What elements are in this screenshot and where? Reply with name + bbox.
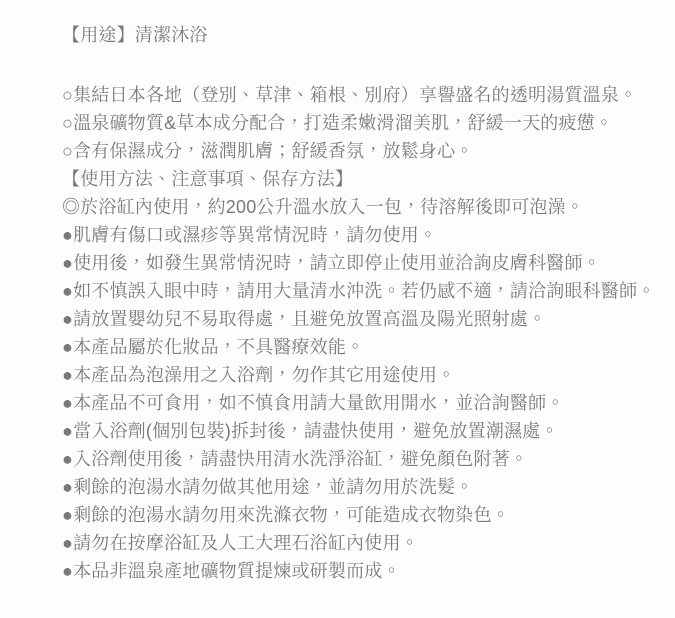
feature-line: ○集結日本各地（登別、草津、箱根、別府）享譽盛名的透明湯質溫泉。 <box>62 81 661 109</box>
instruction-line: ●本產品不可食用，如不慎食用請大量飲用開水，並洽詢醫師。 <box>62 389 661 417</box>
feature-line: ○溫泉礦物質&草本成分配合，打造柔嫩滑溜美肌，舒緩一天的疲憊。 <box>62 109 661 137</box>
instruction-line: ●本品非溫泉產地礦物質提煉或研製而成。 <box>62 557 661 585</box>
instruction-line: ●剩餘的泡湯水請勿用來洗滌衣物，可能造成衣物染色。 <box>62 501 661 529</box>
instruction-list: ◎於浴缸內使用，約200公升溫水放入一包，待溶解後即可泡澡。 ●肌膚有傷口或濕疹… <box>62 193 661 585</box>
instruction-line: ◎於浴缸內使用，約200公升溫水放入一包，待溶解後即可泡澡。 <box>62 193 661 221</box>
instruction-line: ●如不慎誤入眼中時，請用大量清水沖洗。若仍感不適，請洽詢眼科醫師。 <box>62 277 661 305</box>
instruction-line: ●請勿在按摩浴缸及人工大理石浴缸內使用。 <box>62 529 661 557</box>
feature-line: ○含有保濕成分，滋潤肌膚；舒緩香氛，放鬆身心。 <box>62 137 661 165</box>
product-description-page: 【用途】清潔沐浴 ○集結日本各地（登別、草津、箱根、別府）享譽盛名的透明湯質溫泉… <box>0 0 675 618</box>
instruction-line: ●肌膚有傷口或濕疹等異常情況時，請勿使用。 <box>62 221 661 249</box>
instructions-section-title: 【使用方法、注意事項、保存方法】 <box>62 165 661 193</box>
instruction-line: ●當入浴劑(個別包裝)拆封後，請盡快使用，避免放置潮濕處。 <box>62 417 661 445</box>
instruction-line: ●使用後，如發生異常情況時，請立即停止使用並洽詢皮膚科醫師。 <box>62 249 661 277</box>
instruction-line: ●剩餘的泡湯水請勿做其他用途，並請勿用於洗髮。 <box>62 473 661 501</box>
instruction-line: ●本產品為泡澡用之入浴劑，勿作其它用途使用。 <box>62 361 661 389</box>
instruction-line: ●入浴劑使用後，請盡快用清水洗淨浴缸，避免顏色附著。 <box>62 445 661 473</box>
instruction-line: ●請放置嬰幼兒不易取得處，且避免放置高溫及陽光照射處。 <box>62 305 661 333</box>
instruction-line: ●本產品屬於化妝品，不具醫療效能。 <box>62 333 661 361</box>
usage-section-title: 【用途】清潔沐浴 <box>62 21 661 49</box>
feature-list: ○集結日本各地（登別、草津、箱根、別府）享譽盛名的透明湯質溫泉。 ○溫泉礦物質&… <box>62 81 661 165</box>
